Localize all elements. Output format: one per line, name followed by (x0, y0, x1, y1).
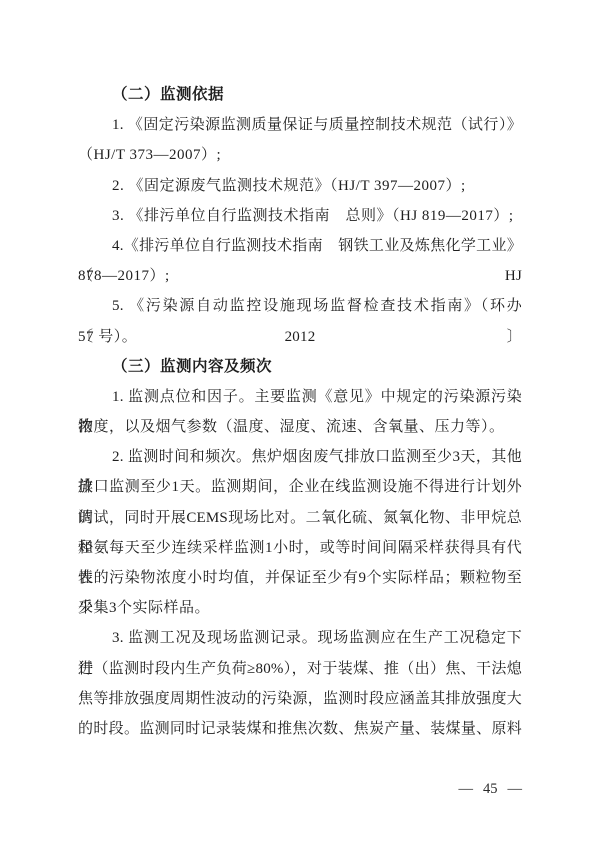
text-line: 3. 监测工况及现场监测记录。现场监测应在生产工况稳定下进 (78, 623, 522, 653)
text-line: 1. 监测点位和因子。主要监测《意见》中规定的污染源污染物 (78, 382, 522, 412)
text-line: 2. 《固定源废气监测技术规范》（HJ/T 397—2007）; (78, 171, 522, 201)
text-line: 3. 《排污单位自行监测技术指南 总则》（HJ 819—2017）; (78, 201, 522, 231)
text-line: 4.《排污单位自行监测技术指南 钢铁工业及炼焦化学工业》（HJ (78, 231, 522, 261)
section-heading-monitoring-basis: （二）监测依据 (78, 80, 522, 110)
document-page: （二）监测依据 1. 《固定污染源监测质量保证与质量控制技术规范（试行）》 （H… (0, 0, 600, 848)
text-line: 浓度，以及烟气参数（温度、湿度、流速、含氧量、压力等）。 (78, 412, 522, 442)
text-line: 和氨每天至少连续采样监测1小时，或等时间间隔采样获得具有代表 (78, 533, 522, 563)
text-line: 性的污染物浓度小时均值，并保证至少有9个实际样品；颗粒物至少 (78, 563, 522, 593)
footer-dash-left: — (459, 781, 474, 798)
text-line: 的时段。监测同时记录装煤和推焦次数、焦炭产量、装煤量、原料 (78, 714, 522, 744)
page-content: （二）监测依据 1. 《固定污染源监测质量保证与质量控制技术规范（试行）》 （H… (78, 80, 522, 744)
page-footer: — 45 — (459, 781, 523, 798)
text-line: 焦等排放强度周期性波动的污染源，监测时段应涵盖其排放强度大 (78, 684, 522, 714)
text-line: 行（监测时段内生产负荷≥80%），对于装煤、推（出）焦、干法熄 (78, 654, 522, 684)
footer-dash-right: — (508, 781, 523, 798)
section-heading-content-frequency: （三）监测内容及频次 (78, 352, 522, 382)
text-line: 放口监测至少1天。监测期间，企业在线监测设施不得进行计划外的 (78, 472, 522, 502)
text-line: 1. 《固定污染源监测质量保证与质量控制技术规范（试行）》 (78, 110, 522, 140)
text-line: 5. 《污染源自动监控设施现场监督检查技术指南》（环办〔2012〕 (78, 291, 522, 321)
text-line: 调试，同时开展CEMS现场比对。二氧化硫、氮氧化物、非甲烷总烃 (78, 503, 522, 533)
text-line: 采集3个实际样品。 (78, 593, 522, 623)
text-line: （HJ/T 373—2007）; (78, 140, 522, 170)
text-line: 2. 监测时间和频次。焦炉烟囱废气排放口监测至少3天，其他排 (78, 442, 522, 472)
page-number: 45 (483, 781, 498, 798)
